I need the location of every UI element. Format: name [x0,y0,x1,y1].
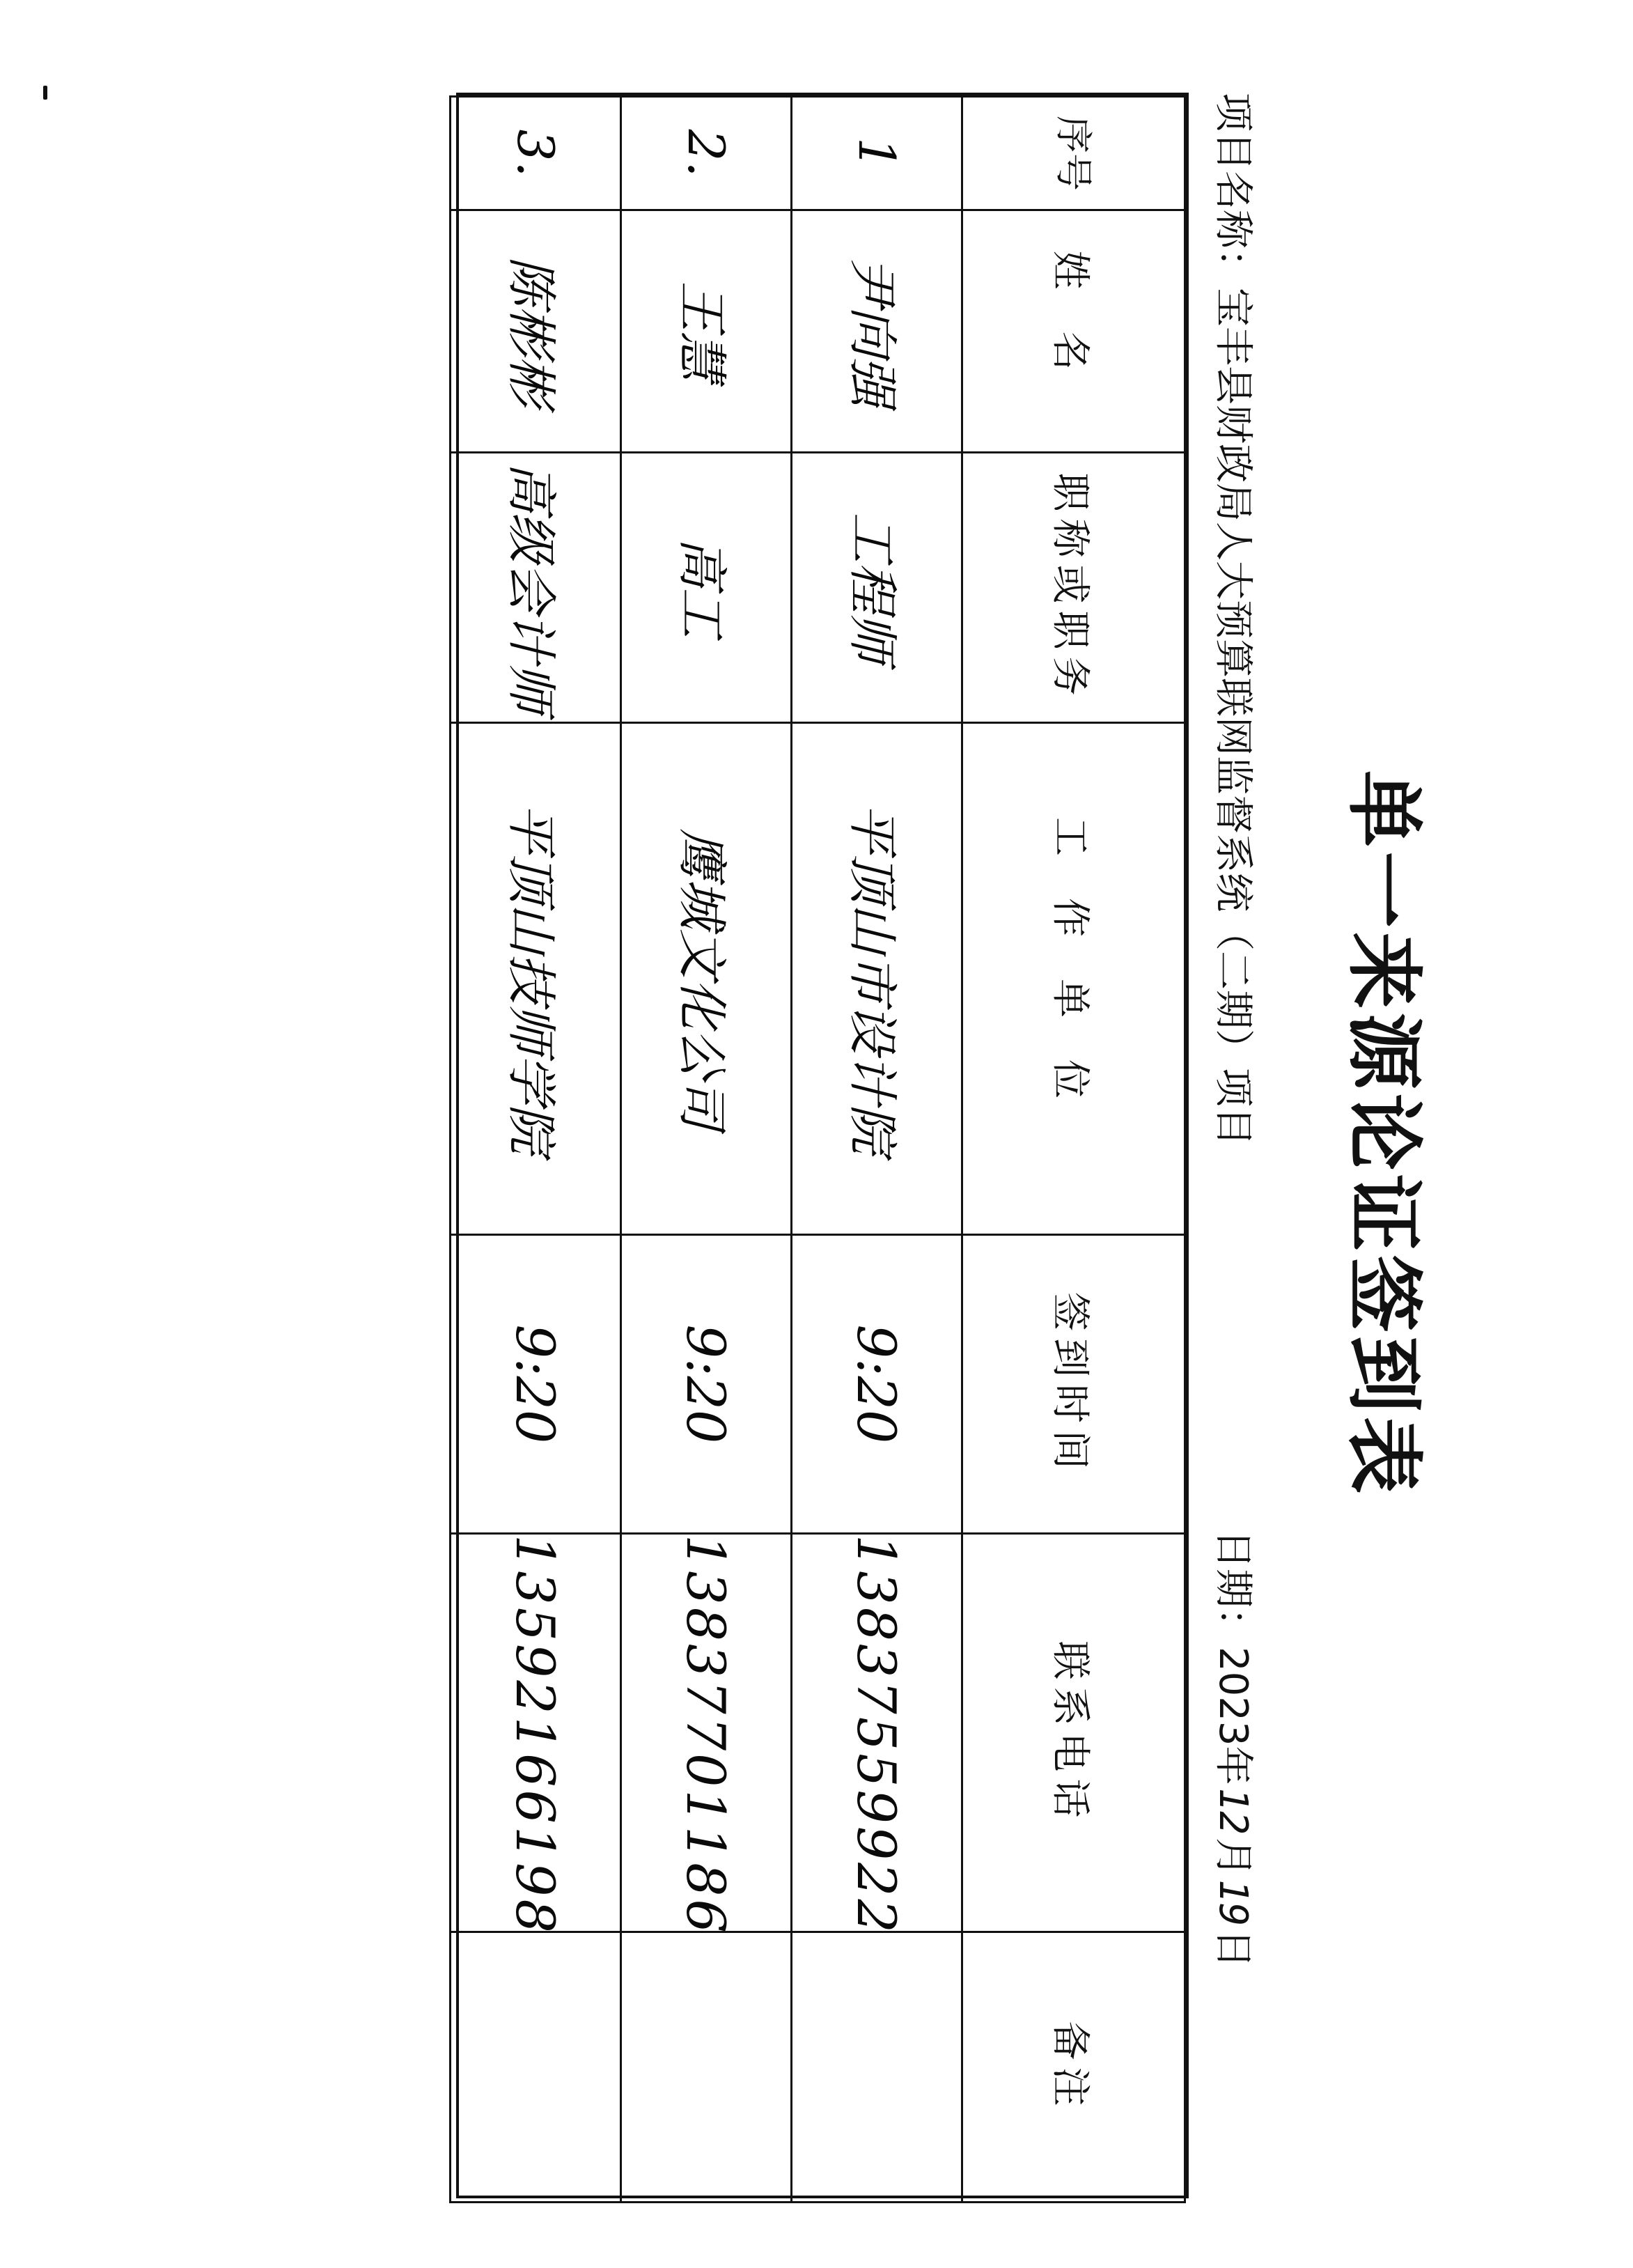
cell-title: 高级会计师 [451,453,621,723]
date-year: 2023 [1210,1647,1256,1746]
cell-seq: 1 [792,97,962,210]
signin-table-frame: 序号 姓名 职称或职务 工作单位 签到时间 联系电话 备注 1 尹向强 工程师 … [456,93,1189,2198]
cell-time: 9:20 [451,1235,621,1534]
date-month-handwritten: 12 [1210,1785,1256,1838]
cell-note [792,1932,962,2203]
document-title: 单一来源论证签到表 [1335,0,1445,2268]
table-header-row: 序号 姓名 职称或职务 工作单位 签到时间 联系电话 备注 [962,97,1185,2203]
date-label: 日期： [1210,1530,1256,1647]
date-line: 日期：2023年12月19日 [1208,1530,1264,1968]
cell-name-signature: 王慧 [621,210,792,453]
signin-table: 序号 姓名 职称或职务 工作单位 签到时间 联系电话 备注 1 尹向强 工程师 … [449,95,1186,2203]
cell-name-signature: 陈彬彬 [451,210,621,453]
cell-time: 9:20 [621,1235,792,1534]
table-row: 1 尹向强 工程师 平顶山市设计院 9:20 13837559922 [792,97,962,2203]
cell-note [451,1932,621,2203]
header-unit: 工作单位 [962,723,1185,1235]
cell-seq: 3. [451,97,621,210]
project-name: 宝丰县财政局人大预算联网监督系统（二期）项目 [1210,288,1256,1146]
date-year-suffix: 年 [1210,1746,1256,1785]
header-name: 姓名 [962,210,1185,453]
cell-title: 工程师 [792,453,962,723]
project-label: 项目名称： [1210,93,1256,288]
cell-note [621,1932,792,2203]
cell-unit: 平顶山技师学院 [451,723,621,1235]
cell-seq: 2. [621,97,792,210]
cell-phone: 13837701186 [621,1534,792,1932]
cell-unit: 鹰城文化公司 [621,723,792,1235]
header-seq: 序号 [962,97,1185,210]
cell-title: 高工 [621,453,792,723]
cell-phone: 13592166198 [451,1534,621,1932]
header-phone: 联系电话 [962,1534,1185,1932]
scanned-document-page: 单一来源论证签到表 项目名称：宝丰县财政局人大预算联网监督系统（二期）项目 日期… [0,0,1633,2268]
header-title: 职称或职务 [962,453,1185,723]
header-note: 备注 [962,1932,1185,2203]
date-day-suffix: 日 [1210,1929,1256,1968]
table-row: 2. 王慧 高工 鹰城文化公司 9:20 13837701186 [621,97,792,2203]
cell-time: 9:20 [792,1235,962,1534]
header-time: 签到时间 [962,1235,1185,1534]
project-name-line: 项目名称：宝丰县财政局人大预算联网监督系统（二期）项目 [1208,93,1264,1146]
date-day-handwritten: 19 [1210,1877,1256,1929]
cell-phone: 13837559922 [792,1534,962,1932]
cell-unit: 平顶山市设计院 [792,723,962,1235]
date-month-suffix: 月 [1210,1838,1256,1877]
scan-artifact-mark [43,86,47,100]
table-row: 3. 陈彬彬 高级会计师 平顶山技师学院 9:20 13592166198 [451,97,621,2203]
cell-name-signature: 尹向强 [792,210,962,453]
